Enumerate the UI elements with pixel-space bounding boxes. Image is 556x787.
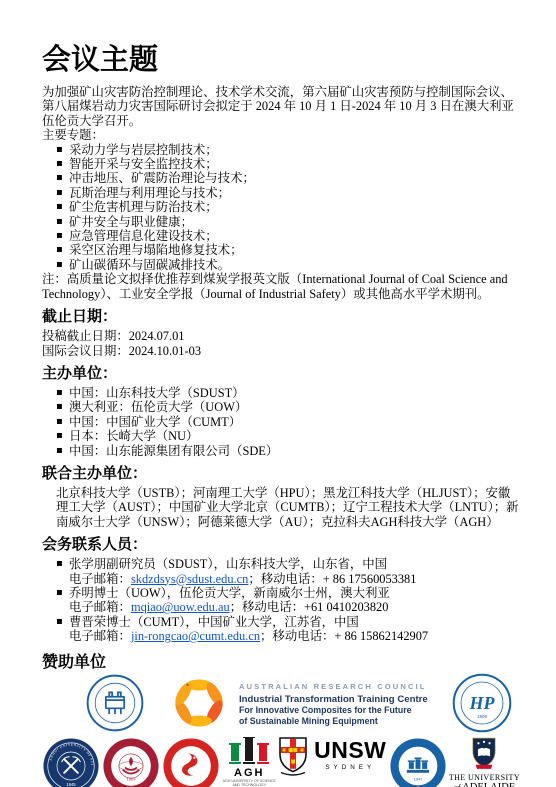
contact-item: 乔明博士（UOW），伍伦贡大学，新南威尔士州，澳大利亚 电子邮箱：mqiao@u… bbox=[56, 586, 520, 615]
cumtb-seal-icon: 1909 bbox=[102, 737, 160, 787]
unsw-wordmark: UNSW bbox=[314, 739, 386, 761]
hpu-year: 1909 bbox=[477, 714, 488, 719]
section-heading-deadlines: 截止日期： bbox=[42, 308, 520, 326]
contact-detail-line: 电子邮箱：jin-rongcao@cumt.edu.cn；移动电话：+ 86 1… bbox=[69, 629, 520, 643]
agh-label: AGH bbox=[234, 767, 264, 779]
agh-logo: AGH AGH UNIVERSITY OF SCIENCE AND TECHNO… bbox=[223, 737, 276, 787]
phone-value: +61 0410203820 bbox=[304, 600, 388, 614]
deadline-line: 国际会议日期：2024.10.01-03 bbox=[42, 344, 520, 358]
contact-name-line: 乔明博士（UOW），伍伦贡大学，新南威尔士州，澳大利亚 bbox=[69, 586, 520, 600]
hosts-list: 中国：山东科技大学（SDUST） 澳大利亚：伍伦贡大学（UOW） 中国：中国矿业… bbox=[42, 386, 520, 458]
topic-item: 采动力学与岩层控制技术； bbox=[56, 143, 520, 157]
contact-name-line: 曹晋荣博士（CUMT），中国矿业大学，江苏省，中国 bbox=[69, 615, 520, 629]
deadline-line: 投稿截止日期：2024.07.01 bbox=[42, 329, 520, 343]
hljust-year: 1947 bbox=[413, 777, 423, 782]
topic-item: 瓦斯治理与利用理论与技术； bbox=[56, 186, 520, 200]
ustb-seal-icon bbox=[86, 674, 144, 732]
topic-item: 矿山碳循环与固碳减排技术。 bbox=[56, 258, 520, 272]
cumtb-year: 1909 bbox=[127, 777, 137, 782]
co-hosts-paragraph: 北京科技大学（USTB）；河南理工大学（HPU）；黑龙江科技大学（HLJUST）… bbox=[56, 486, 520, 529]
section-heading-sponsors: 赞助单位 bbox=[42, 656, 520, 670]
agh-crown-icon bbox=[228, 737, 270, 767]
host-item: 澳大利亚：伍伦贡大学（UOW） bbox=[56, 400, 520, 414]
contacts-list: 张学朋副研究员（SDUST），山东科技大学，山东省，中国 电子邮箱：skdzds… bbox=[42, 557, 520, 643]
host-item: 中国：中国矿业大学（CUMT） bbox=[56, 415, 520, 429]
arc-text-block: AUSTRALIAN RESEARCH COUNCIL Industrial T… bbox=[239, 680, 428, 726]
phone-value: + 86 17560053381 bbox=[323, 572, 417, 586]
phone-label: ；移动电话： bbox=[230, 600, 304, 614]
unsw-sublabel: SYDNEY bbox=[325, 761, 375, 775]
contact-name-line: 张学朋副研究员（SDUST），山东科技大学，山东省，中国 bbox=[69, 557, 520, 571]
email-link[interactable]: skdzdsys@sdust.edu.cn bbox=[131, 572, 248, 586]
topics-list: 采动力学与岩层控制技术； 智能开采与安全监控技术； 冲击地压、矿震防治理论与技术… bbox=[42, 143, 520, 273]
host-item: 中国：山东能源集团有限公司（SDE） bbox=[56, 444, 520, 458]
email-label: 电子邮箱： bbox=[69, 600, 131, 614]
sponsor-logos-row1: AUSTRALIAN RESEARCH COUNCIL Industrial T… bbox=[86, 672, 520, 734]
section-heading-contacts: 会务联系人员： bbox=[42, 536, 520, 554]
adelaide-line2: of ADELAIDE bbox=[454, 782, 516, 787]
contact-item: 张学朋副研究员（SDUST），山东科技大学，山东省，中国 电子邮箱：skdzds… bbox=[56, 557, 520, 586]
phone-value: + 86 15862142907 bbox=[334, 629, 428, 643]
contact-item: 曹晋荣博士（CUMT），中国矿业大学，江苏省，中国 电子邮箱：jin-rongc… bbox=[56, 615, 520, 644]
section-heading-hosts: 主办单位： bbox=[42, 365, 520, 383]
host-item: 日本：长崎大学（NU） bbox=[56, 429, 520, 443]
adelaide-name: ADELAIDE bbox=[462, 782, 515, 787]
phone-label: ；移动电话： bbox=[260, 629, 334, 643]
topic-item: 矿井安全与职业健康； bbox=[56, 215, 520, 229]
adelaide-logo: THE UNIVERSITY of ADELAIDE bbox=[449, 737, 520, 787]
intro-tail: 主要专题： bbox=[42, 128, 520, 142]
note-paragraph: 注：高质量论文拟择优推荐到煤炭学报英文版（International Journ… bbox=[42, 272, 520, 301]
arc-fish-swirl-icon bbox=[168, 672, 230, 734]
contact-detail-line: 电子邮箱：skdzdsys@sdust.edu.cn；移动电话：+ 86 175… bbox=[69, 572, 520, 586]
topic-item: 矿尘危害机理与防治技术； bbox=[56, 200, 520, 214]
arc-desc-line1: For Innovative Composites for the Future bbox=[239, 705, 428, 716]
email-link[interactable]: jin-rongcao@cumt.edu.cn bbox=[131, 629, 260, 643]
topic-item: 应急管理信息化建设技术； bbox=[56, 229, 520, 243]
email-label: 电子邮箱： bbox=[69, 629, 131, 643]
unsw-crest-icon bbox=[278, 737, 308, 777]
arc-council-line: AUSTRALIAN RESEARCH COUNCIL bbox=[239, 680, 428, 694]
email-label: 电子邮箱： bbox=[69, 572, 131, 586]
arc-desc-line2: of Sustainable Mining Equipment bbox=[239, 716, 428, 727]
adelaide-line1: THE UNIVERSITY bbox=[449, 773, 520, 782]
sponsor-logos-row2: ANHUI UNIVERSITY OF SCIENCE & TECHNOLOGY… bbox=[42, 737, 520, 787]
arc-centre-line: Industrial Transformation Training Centr… bbox=[239, 694, 428, 705]
topic-item: 智能开采与安全监控技术； bbox=[56, 157, 520, 171]
page-title: 会议主题 bbox=[42, 44, 520, 77]
section-heading-co-hosts: 联合主办单位： bbox=[42, 465, 520, 483]
intro-paragraph: 为加强矿山灾害防治控制理论、技术学术交流，第六届矿山灾害预防与控制国际会议、第八… bbox=[42, 85, 520, 128]
hpu-monogram: HP bbox=[468, 693, 495, 713]
host-item: 中国：山东科技大学（SDUST） bbox=[56, 386, 520, 400]
aust-seal-icon: ANHUI UNIVERSITY OF SCIENCE & TECHNOLOGY… bbox=[42, 737, 100, 787]
unsw-logo: UNSW SYDNEY bbox=[278, 737, 386, 777]
adelaide-crest-icon bbox=[470, 737, 498, 771]
topic-item: 采空区治理与塌陷地修复技术； bbox=[56, 243, 520, 257]
email-link[interactable]: mqiao@uow.edu.au bbox=[131, 600, 230, 614]
hpu-seal-icon: HP 1909 bbox=[452, 673, 512, 733]
topic-item: 冲击地压、矿震防治理论与技术； bbox=[56, 171, 520, 185]
document-page: 会议主题 为加强矿山灾害防治控制理论、技术学术交流，第六届矿山灾害预防与控制国际… bbox=[0, 0, 556, 787]
aust-year: 1945 bbox=[66, 782, 76, 787]
unsw-text-block: UNSW SYDNEY bbox=[314, 739, 386, 775]
lntu-seal-icon: L N TECHNICAL UNIVERSITY bbox=[162, 737, 220, 787]
phone-label: ；移动电话： bbox=[248, 572, 322, 586]
adelaide-of: of bbox=[454, 782, 461, 787]
agh-caption-line2: AND TECHNOLOGY bbox=[232, 783, 266, 787]
contact-detail-line: 电子邮箱：mqiao@uow.edu.au；移动电话：+61 041020382… bbox=[69, 600, 520, 614]
arc-logo: AUSTRALIAN RESEARCH COUNCIL Industrial T… bbox=[168, 672, 428, 734]
hljust-seal-icon: 1947 bbox=[389, 737, 447, 787]
